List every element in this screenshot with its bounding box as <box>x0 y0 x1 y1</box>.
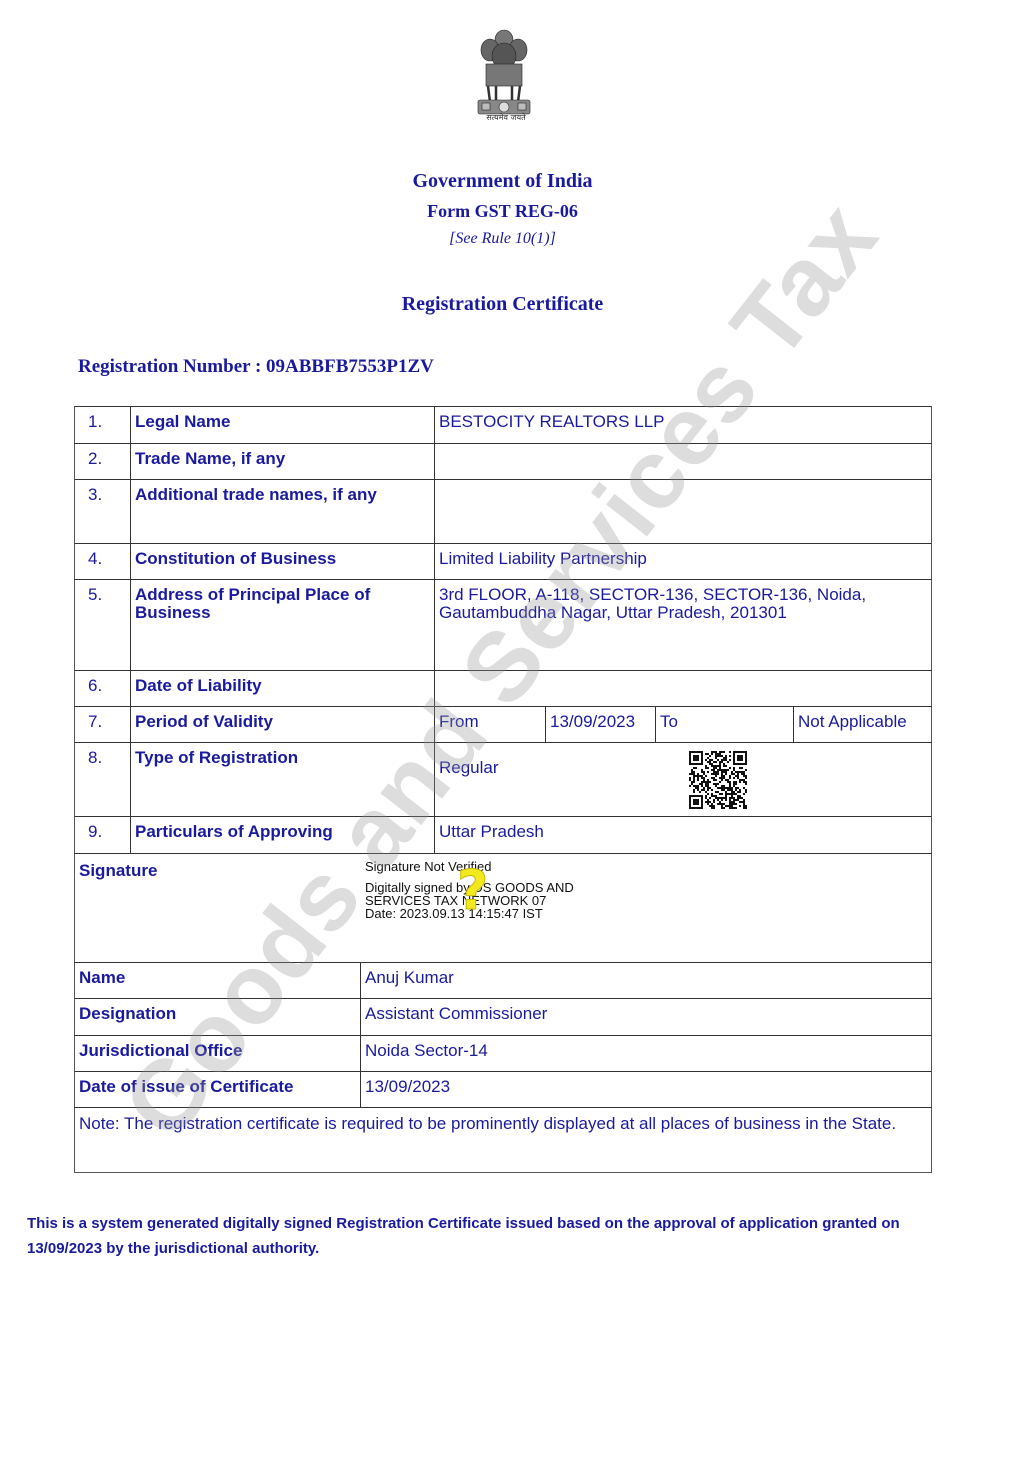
row-label: Date of Liability <box>131 671 435 706</box>
row-number: 1. <box>75 407 131 443</box>
row-label: Address of Principal Place of Business <box>131 580 435 670</box>
officer-label: Date of issue of Certificate <box>75 1072 361 1107</box>
certificate-title: Registration Certificate <box>0 293 1005 316</box>
row-label: Additional trade names, if any <box>131 480 435 543</box>
rule-reference: [See Rule 10(1)] <box>0 230 1005 248</box>
table-row: Designation Assistant Commissioner <box>74 998 932 1035</box>
row-number: 4. <box>75 544 131 579</box>
signature-label: Signature <box>75 854 365 962</box>
row-number: 7. <box>75 707 131 742</box>
constitution-value: Limited Liability Partnership <box>435 544 931 579</box>
form-heading: Form GST REG-06 <box>0 201 1005 222</box>
qr-code-icon <box>689 751 747 809</box>
row-number: 9. <box>75 817 131 853</box>
table-row: 5. Address of Principal Place of Busines… <box>74 579 932 670</box>
issue-date-value: 13/09/2023 <box>361 1072 931 1107</box>
row-label: Constitution of Business <box>131 544 435 579</box>
jurisdictional-office-value: Noida Sector-14 <box>361 1036 931 1071</box>
note-row: Note: The registration certificate is re… <box>74 1107 932 1173</box>
validity-period: From 13/09/2023 To Not Applicable <box>435 707 931 742</box>
date-of-liability-value <box>435 671 931 706</box>
row-label: Type of Registration <box>131 743 435 816</box>
additional-trade-names-value <box>435 480 931 543</box>
table-row: 9. Particulars of Approving Uttar Prades… <box>74 816 932 853</box>
row-number: 8. <box>75 743 131 816</box>
table-row: 4. Constitution of Business Limited Liab… <box>74 543 932 579</box>
row-label: Particulars of Approving <box>131 817 435 853</box>
approving-authority-value: Uttar Pradesh <box>435 817 931 853</box>
table-row: 2. Trade Name, if any <box>74 443 932 479</box>
designation-value: Assistant Commissioner <box>361 999 931 1035</box>
table-row: Date of issue of Certificate 13/09/2023 <box>74 1071 932 1107</box>
certificate-table: 1. Legal Name BESTOCITY REALTORS LLP 2. … <box>74 406 932 1173</box>
address-value: 3rd FLOOR, A-118, SECTOR-136, SECTOR-136… <box>435 580 931 670</box>
registration-number: Registration Number : 09ABBFB7553P1ZV <box>78 356 434 378</box>
table-row: 1. Legal Name BESTOCITY REALTORS LLP <box>74 406 932 443</box>
to-date: Not Applicable <box>794 707 931 742</box>
row-number: 3. <box>75 480 131 543</box>
footer-statement: This is a system generated digitally sig… <box>27 1211 977 1261</box>
note-text: Note: The registration certificate is re… <box>75 1108 900 1172</box>
trade-name-value <box>435 444 931 479</box>
registration-type-value: Regular <box>435 743 931 816</box>
row-number: 6. <box>75 671 131 706</box>
to-label: To <box>656 707 794 742</box>
row-label: Trade Name, if any <box>131 444 435 479</box>
officer-label: Name <box>75 963 361 998</box>
row-label: Period of Validity <box>131 707 435 742</box>
from-label: From <box>435 707 546 742</box>
officer-name-value: Anuj Kumar <box>361 963 931 998</box>
government-heading: Government of India <box>0 170 1005 193</box>
legal-name-value: BESTOCITY REALTORS LLP <box>435 407 931 443</box>
row-label: Legal Name <box>131 407 435 443</box>
officer-label: Designation <box>75 999 361 1035</box>
table-row: Name Anuj Kumar <box>74 962 932 998</box>
table-row: 6. Date of Liability <box>74 670 932 706</box>
row-number: 5. <box>75 580 131 670</box>
emblem-motto: सत्यमेव जयते <box>468 112 544 123</box>
from-date: 13/09/2023 <box>546 707 656 742</box>
question-mark-icon: ? <box>457 864 488 918</box>
table-row: 7. Period of Validity From 13/09/2023 To… <box>74 706 932 742</box>
row-number: 2. <box>75 444 131 479</box>
table-row: Jurisdictional Office Noida Sector-14 <box>74 1035 932 1071</box>
table-row: 3. Additional trade names, if any <box>74 479 932 543</box>
signature-row: Signature Signature Not Verified Digital… <box>74 853 932 962</box>
officer-label: Jurisdictional Office <box>75 1036 361 1071</box>
table-row: 8. Type of Registration Regular <box>74 742 932 816</box>
